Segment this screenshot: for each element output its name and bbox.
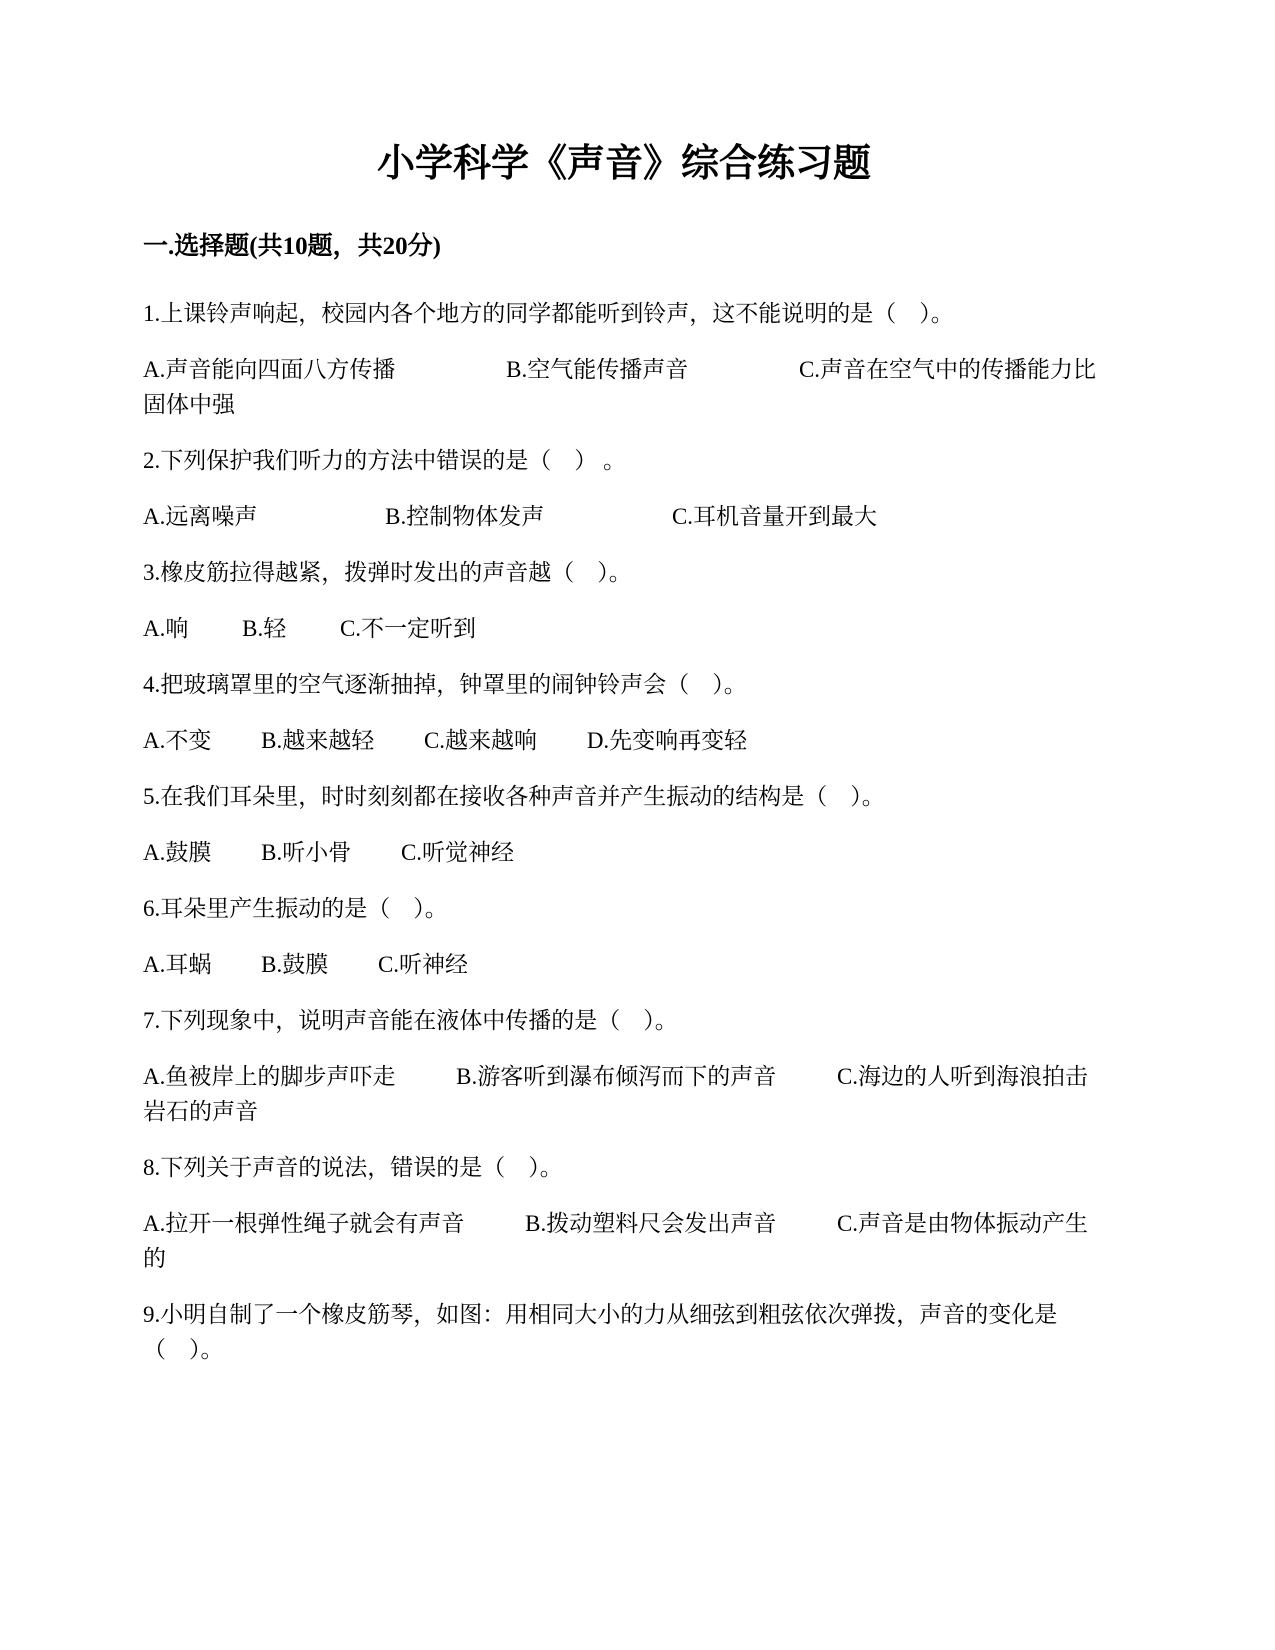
question-4-option-d: D.先变响再变轻 [587, 728, 747, 753]
question-8-option-a: A.拉开一根弹性绳子就会有声音 [143, 1211, 464, 1236]
question-4-options: A.不变 B.越来越轻 C.越来越响 D.先变响再变轻 [143, 723, 1105, 758]
worksheet-content: 小学科学《声音》综合练习题 一.选择题(共10题，共20分) 1.上课铃声响起，… [143, 142, 1105, 1367]
question-5-options: A.鼓膜 B.听小骨 C.听觉神经 [143, 835, 1105, 870]
question-5-option-b: B.听小骨 [261, 840, 351, 865]
question-6-options: A.耳蜗 B.鼓膜 C.听神经 [143, 947, 1105, 982]
question-6-option-b: B.鼓膜 [261, 952, 328, 977]
question-4-text: 4.把玻璃罩里的空气逐渐抽掉，钟罩里的闹钟铃声会（ ）。 [143, 667, 1105, 702]
question-3-option-b: B.轻 [242, 616, 286, 641]
question-1-option-a: A.声音能向四面八方传播 [143, 357, 395, 382]
question-7-text: 7.下列现象中，说明声音能在液体中传播的是（ ）。 [143, 1003, 1105, 1038]
question-5-option-a: A.鼓膜 [143, 840, 211, 865]
section-heading: 一.选择题(共10题，共20分) [143, 232, 1105, 262]
question-4-option-a: A.不变 [143, 728, 211, 753]
question-3-text: 3.橡皮筋拉得越紧，拨弹时发出的声音越（ ）。 [143, 555, 1105, 590]
question-2-options: A.远离噪声 B.控制物体发声 C.耳机音量开到最大 [143, 499, 1105, 534]
question-1-option-b: B.空气能传播声音 [506, 357, 688, 382]
question-8-text: 8.下列关于声音的说法，错误的是（ ）。 [143, 1150, 1105, 1185]
question-3-option-c: C.不一定听到 [340, 616, 476, 641]
question-5-option-c: C.听觉神经 [401, 840, 514, 865]
worksheet-page: 小学科学《声音》综合练习题 一.选择题(共10题，共20分) 1.上课铃声响起，… [0, 0, 1275, 1650]
page-title: 小学科学《声音》综合练习题 [143, 142, 1105, 188]
question-3-option-a: A.响 [143, 616, 188, 641]
question-4-option-c: C.越来越响 [424, 728, 537, 753]
question-1-text: 1.上课铃声响起，校园内各个地方的同学都能听到铃声，这不能说明的是（ ）。 [143, 296, 1105, 331]
question-2-text: 2.下列保护我们听力的方法中错误的是（ ） 。 [143, 443, 1105, 478]
question-5-text: 5.在我们耳朵里，时时刻刻都在接收各种声音并产生振动的结构是（ ）。 [143, 779, 1105, 814]
question-6-option-a: A.耳蜗 [143, 952, 211, 977]
question-4-option-b: B.越来越轻 [261, 728, 374, 753]
question-3-options: A.响 B.轻 C.不一定听到 [143, 611, 1105, 646]
question-8-option-b: B.拨动塑料尺会发出声音 [525, 1211, 776, 1236]
question-7-option-b: B.游客听到瀑布倾泻而下的声音 [456, 1064, 776, 1089]
question-2-option-b: B.控制物体发声 [385, 504, 544, 529]
question-6-text: 6.耳朵里产生振动的是（ ）。 [143, 891, 1105, 926]
question-9-text: 9.小明自制了一个橡皮筋琴，如图：用相同大小的力从细弦到粗弦依次弹拨，声音的变化… [143, 1297, 1105, 1367]
question-1-options: A.声音能向四面八方传播 B.空气能传播声音 C.声音在空气中的传播能力比固体中… [143, 352, 1105, 422]
question-2-option-c: C.耳机音量开到最大 [672, 504, 877, 529]
question-7-options: A.鱼被岸上的脚步声吓走 B.游客听到瀑布倾泻而下的声音 C.海边的人听到海浪拍… [143, 1059, 1105, 1129]
question-8-options: A.拉开一根弹性绳子就会有声音 B.拨动塑料尺会发出声音 C.声音是由物体振动产… [143, 1206, 1105, 1276]
question-2-option-a: A.远离噪声 [143, 504, 257, 529]
question-7-option-a: A.鱼被岸上的脚步声吓走 [143, 1064, 395, 1089]
question-6-option-c: C.听神经 [378, 952, 468, 977]
